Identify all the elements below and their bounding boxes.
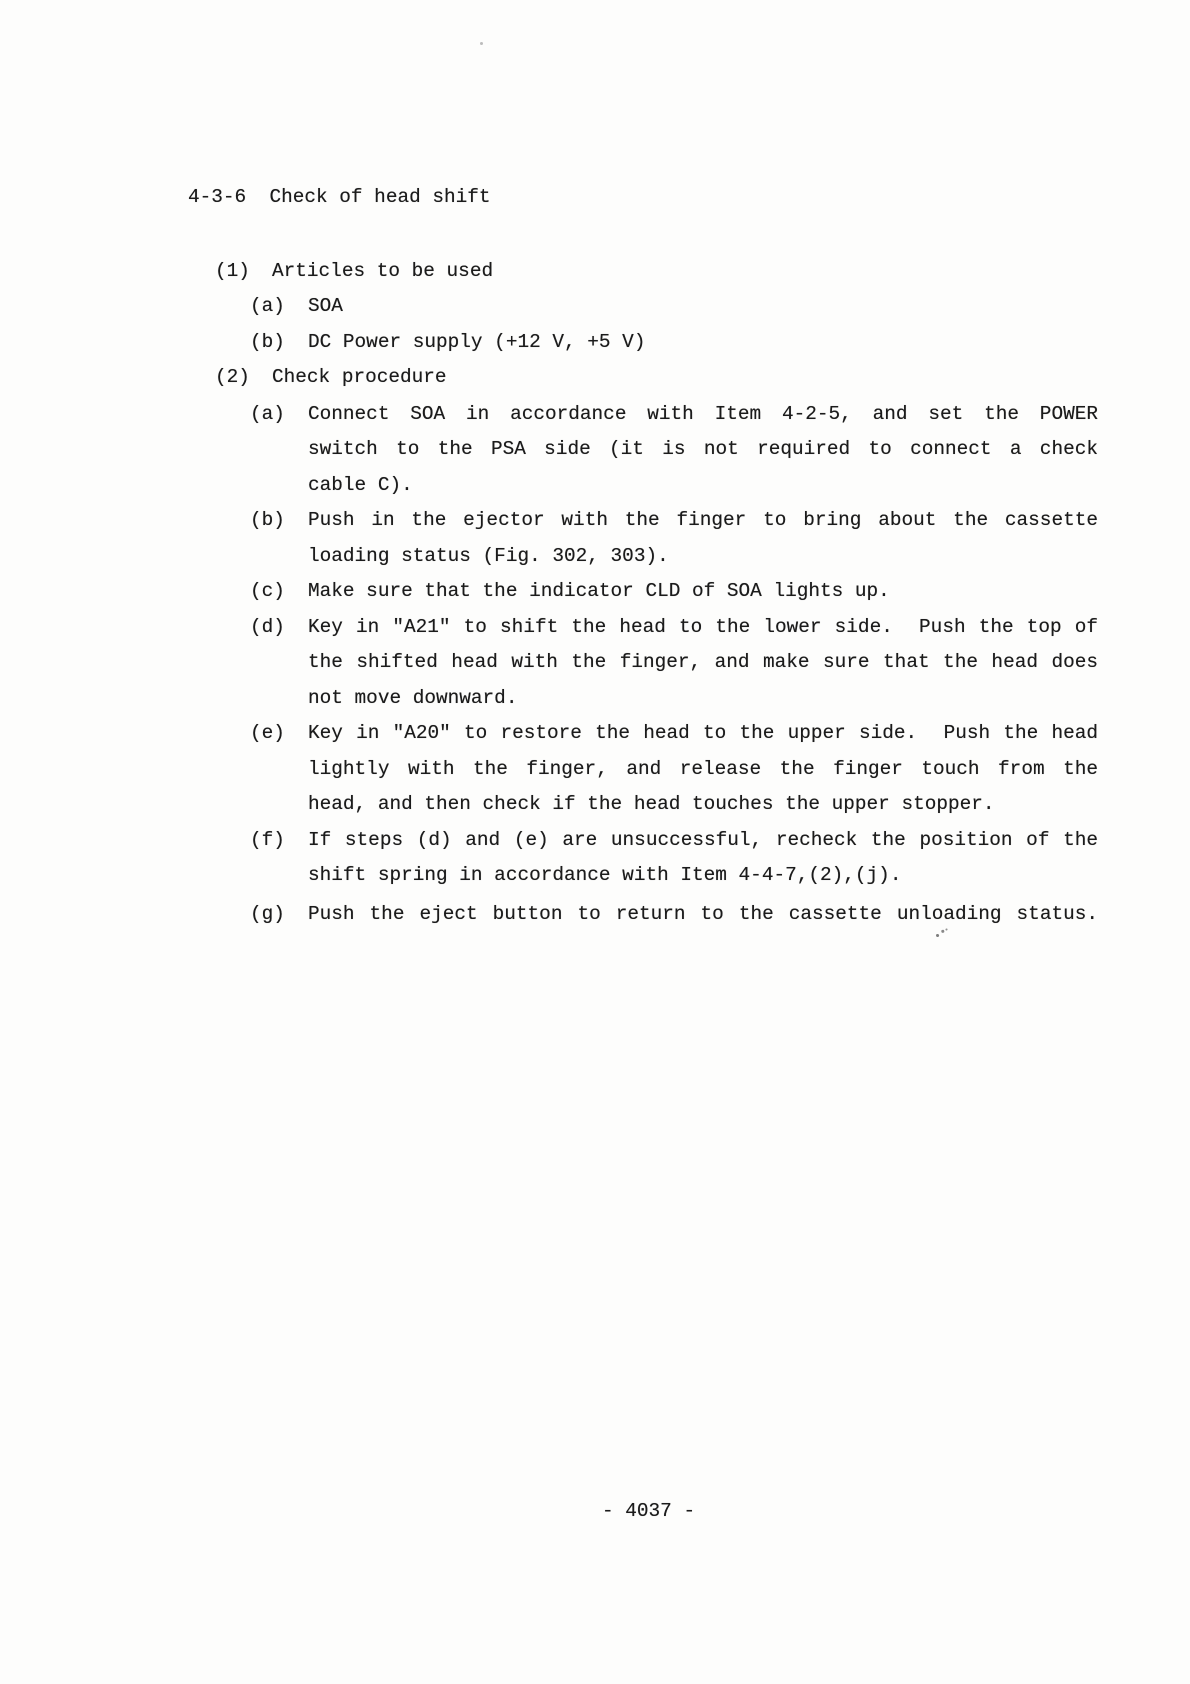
step-d-line: not move downward. bbox=[308, 681, 517, 717]
step-g-line: Push the eject button to return to the c… bbox=[308, 897, 1098, 933]
step-b-line: Push in the ejector with the finger to b… bbox=[308, 503, 1098, 539]
step-a-line: cable C). bbox=[308, 468, 413, 504]
articles-heading: Articles to be used bbox=[272, 254, 493, 290]
page-number: - 4037 - bbox=[602, 1494, 695, 1530]
step-e-line: head, and then check if the head touches… bbox=[308, 787, 995, 823]
step-b-line: loading status (Fig. 302, 303). bbox=[308, 539, 669, 575]
procedure-heading: Check procedure bbox=[272, 360, 447, 396]
step-a-line: Connect SOA in accordance with Item 4-2-… bbox=[308, 397, 1098, 433]
step-e-line: lightly with the finger, and release the… bbox=[308, 752, 1098, 788]
scanned-page: 4-3-6 Check of head shift (1) Articles t… bbox=[0, 0, 1190, 1684]
list-marker-1: (1) bbox=[215, 254, 250, 290]
scan-artifact-dot bbox=[480, 42, 483, 45]
step-f-line: shift spring in accordance with Item 4-4… bbox=[308, 858, 901, 894]
article-b-text: DC Power supply (+12 V, +5 V) bbox=[308, 325, 645, 361]
step-c-marker: (c) bbox=[250, 574, 285, 610]
step-g-marker: (g) bbox=[250, 897, 285, 933]
step-a-marker: (a) bbox=[250, 397, 285, 433]
step-d-marker: (d) bbox=[250, 610, 285, 646]
step-c-line: Make sure that the indicator CLD of SOA … bbox=[308, 574, 890, 610]
list-marker-2: (2) bbox=[215, 360, 250, 396]
article-b-marker: (b) bbox=[250, 325, 285, 361]
article-a-marker: (a) bbox=[250, 289, 285, 325]
scan-artifact-mark bbox=[936, 934, 939, 937]
step-f-marker: (f) bbox=[250, 823, 285, 859]
step-a-line: switch to the PSA side (it is not requir… bbox=[308, 432, 1098, 468]
step-d-line: Key in "A21" to shift the head to the lo… bbox=[308, 610, 1098, 646]
section-heading: 4-3-6 Check of head shift bbox=[188, 180, 491, 216]
article-a-text: SOA bbox=[308, 289, 343, 325]
step-e-marker: (e) bbox=[250, 716, 285, 752]
step-b-marker: (b) bbox=[250, 503, 285, 539]
step-f-line: If steps (d) and (e) are unsuccessful, r… bbox=[308, 823, 1098, 859]
step-e-line: Key in "A20" to restore the head to the … bbox=[308, 716, 1098, 752]
step-d-line: the shifted head with the finger, and ma… bbox=[308, 645, 1098, 681]
